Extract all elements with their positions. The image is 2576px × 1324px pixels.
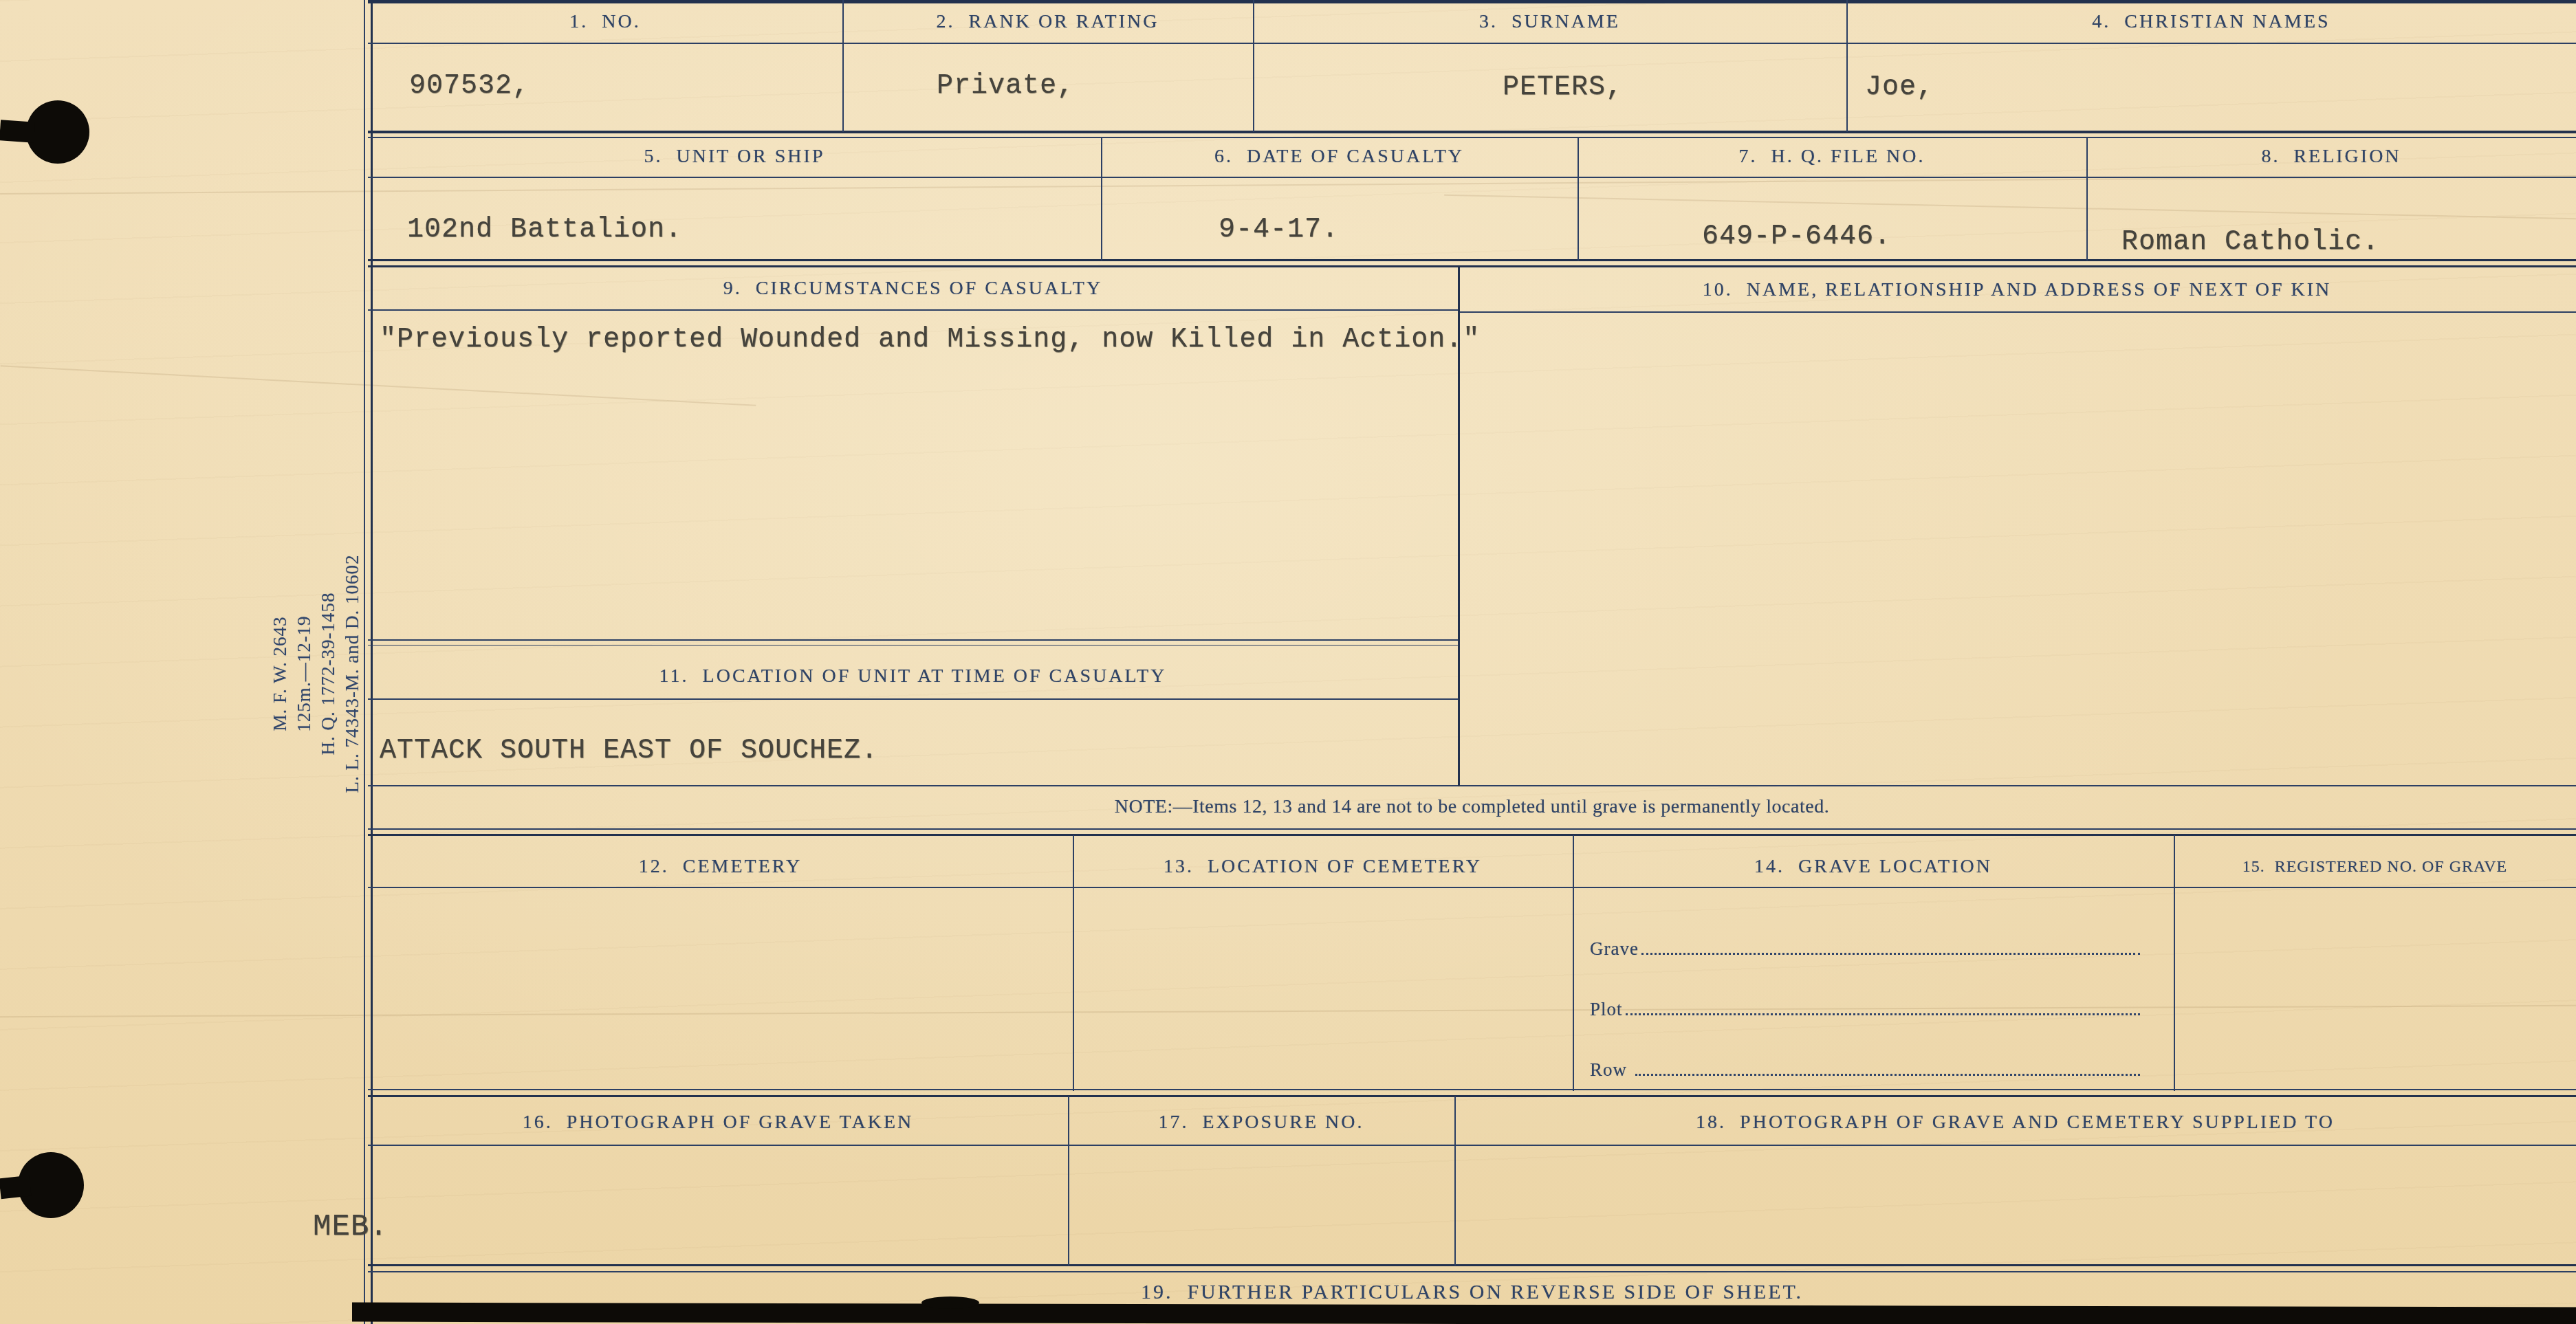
grave-line-label: Grave xyxy=(1590,938,1639,960)
field-label-christian-names: 4. CHRISTIAN NAMES xyxy=(1846,5,2576,38)
field-value-unit: 102nd Battalion. xyxy=(407,214,682,245)
divider xyxy=(368,785,2576,786)
field-label-religion: 8. RELIGION xyxy=(2086,140,2576,173)
divider xyxy=(368,887,2576,888)
divider xyxy=(368,259,2576,261)
row-line-label: Row xyxy=(1590,1059,1633,1081)
divider xyxy=(368,177,2576,178)
paper-crease xyxy=(0,175,2576,195)
paper-crease xyxy=(1444,195,2576,219)
scan-edge-bump xyxy=(921,1297,979,1309)
plot-line-label: Plot xyxy=(1590,999,1623,1020)
field-label-no: 1. NO. xyxy=(368,5,842,38)
divider xyxy=(368,834,2576,836)
field-label-rank: 2. RANK OR RATING xyxy=(842,5,1253,38)
dotted-leader xyxy=(1641,953,2140,955)
field-label-cemetery-location: 13. LOCATION OF CEMETERY xyxy=(1073,851,1573,883)
field-value-rank: Private, xyxy=(937,71,1074,102)
field-label-next-of-kin: 10. NAME, RELATIONSHIP AND ADDRESS OF NE… xyxy=(1458,274,2576,307)
divider xyxy=(368,309,1458,311)
paper-crease xyxy=(1,365,756,406)
field-value-date-of-casualty: 9-4-17. xyxy=(1219,214,1339,245)
stub-line: 125m.—12-19 xyxy=(292,481,316,866)
divider xyxy=(368,43,2576,44)
divider xyxy=(368,698,1458,700)
divider xyxy=(368,1264,2576,1266)
paper-crease xyxy=(0,1005,2576,1017)
field-label-unit-location: 11. LOCATION OF UNIT AT TIME OF CASUALTY xyxy=(368,660,1458,693)
stub-line: M. F. W. 2643 xyxy=(268,481,292,866)
field-value-religion: Roman Catholic. xyxy=(2121,227,2379,258)
field-value-hq-file-no: 649-P-6446. xyxy=(1702,221,1891,252)
hole-punch-bottom-stem xyxy=(0,1176,31,1199)
stub-line: H. Q. 1772-39-1458 xyxy=(316,481,340,866)
field-label-circumstances: 9. CIRCUMSTANCES OF CASUALTY xyxy=(368,272,1458,305)
field-label-photo-taken: 16. PHOTOGRAPH OF GRAVE TAKEN xyxy=(368,1107,1068,1138)
row-line: Row xyxy=(1590,1050,2140,1081)
divider xyxy=(368,1145,2576,1146)
field-label-hq-file-no: 7. H. Q. FILE NO. xyxy=(1578,140,2086,173)
hole-punch-top xyxy=(26,100,89,164)
field-label-unit: 5. UNIT OR SHIP xyxy=(368,140,1101,173)
divider xyxy=(368,265,2576,267)
divider xyxy=(368,137,2576,138)
field-label-cemetery: 12. CEMETERY xyxy=(368,851,1073,883)
grave-line: Grave xyxy=(1590,929,2140,960)
field-value-circumstances: "Previously reported Wounded and Missing… xyxy=(380,324,1480,355)
divider xyxy=(368,1089,2576,1090)
divider xyxy=(368,0,2576,3)
field-value-surname: PETERS, xyxy=(1503,72,1623,103)
card-left-edge-line xyxy=(364,0,365,1324)
field-label-surname: 3. SURNAME xyxy=(1253,5,1846,38)
divider xyxy=(1458,311,2576,313)
divider xyxy=(368,131,2576,133)
dotted-leader xyxy=(1635,1074,2140,1076)
field-label-exposure-no: 17. EXPOSURE NO. xyxy=(1068,1107,1454,1138)
divider xyxy=(368,639,1458,641)
hole-punch-top-stem xyxy=(0,120,35,142)
divider xyxy=(368,1271,2576,1272)
form-number-stub: M. F. W. 2643 125m.—12-19 H. Q. 1772-39-… xyxy=(268,481,364,866)
stub-line: L. L. 74343-M. and D. 10602 xyxy=(340,481,364,866)
field-label-date-of-casualty: 6. DATE OF CASUALTY xyxy=(1101,140,1578,173)
field-value-no: 907532, xyxy=(409,71,530,102)
casualty-record-sheet: M. F. W. 2643 125m.—12-19 H. Q. 1772-39-… xyxy=(0,0,2576,1324)
field-value-unit-location: ATTACK SOUTH EAST OF SOUCHEZ. xyxy=(380,736,878,766)
divider xyxy=(368,1095,2576,1097)
field-label-grave-location: 14. GRAVE LOCATION xyxy=(1573,851,2174,883)
annotation-initials: MEB. xyxy=(313,1210,389,1244)
divider xyxy=(368,645,1458,646)
field-label-registered-no: 15. REGISTERED NO. OF GRAVE xyxy=(2174,851,2576,883)
dotted-leader xyxy=(1626,1013,2140,1015)
note-line: NOTE:—Items 12, 13 and 14 are not to be … xyxy=(368,791,2576,824)
field-label-photo-supplied: 18. PHOTOGRAPH OF GRAVE AND CEMETERY SUP… xyxy=(1454,1107,2576,1138)
divider xyxy=(368,828,2576,830)
field-value-christian-names: Joe, xyxy=(1865,72,1934,103)
plot-line: Plot xyxy=(1590,990,2140,1020)
